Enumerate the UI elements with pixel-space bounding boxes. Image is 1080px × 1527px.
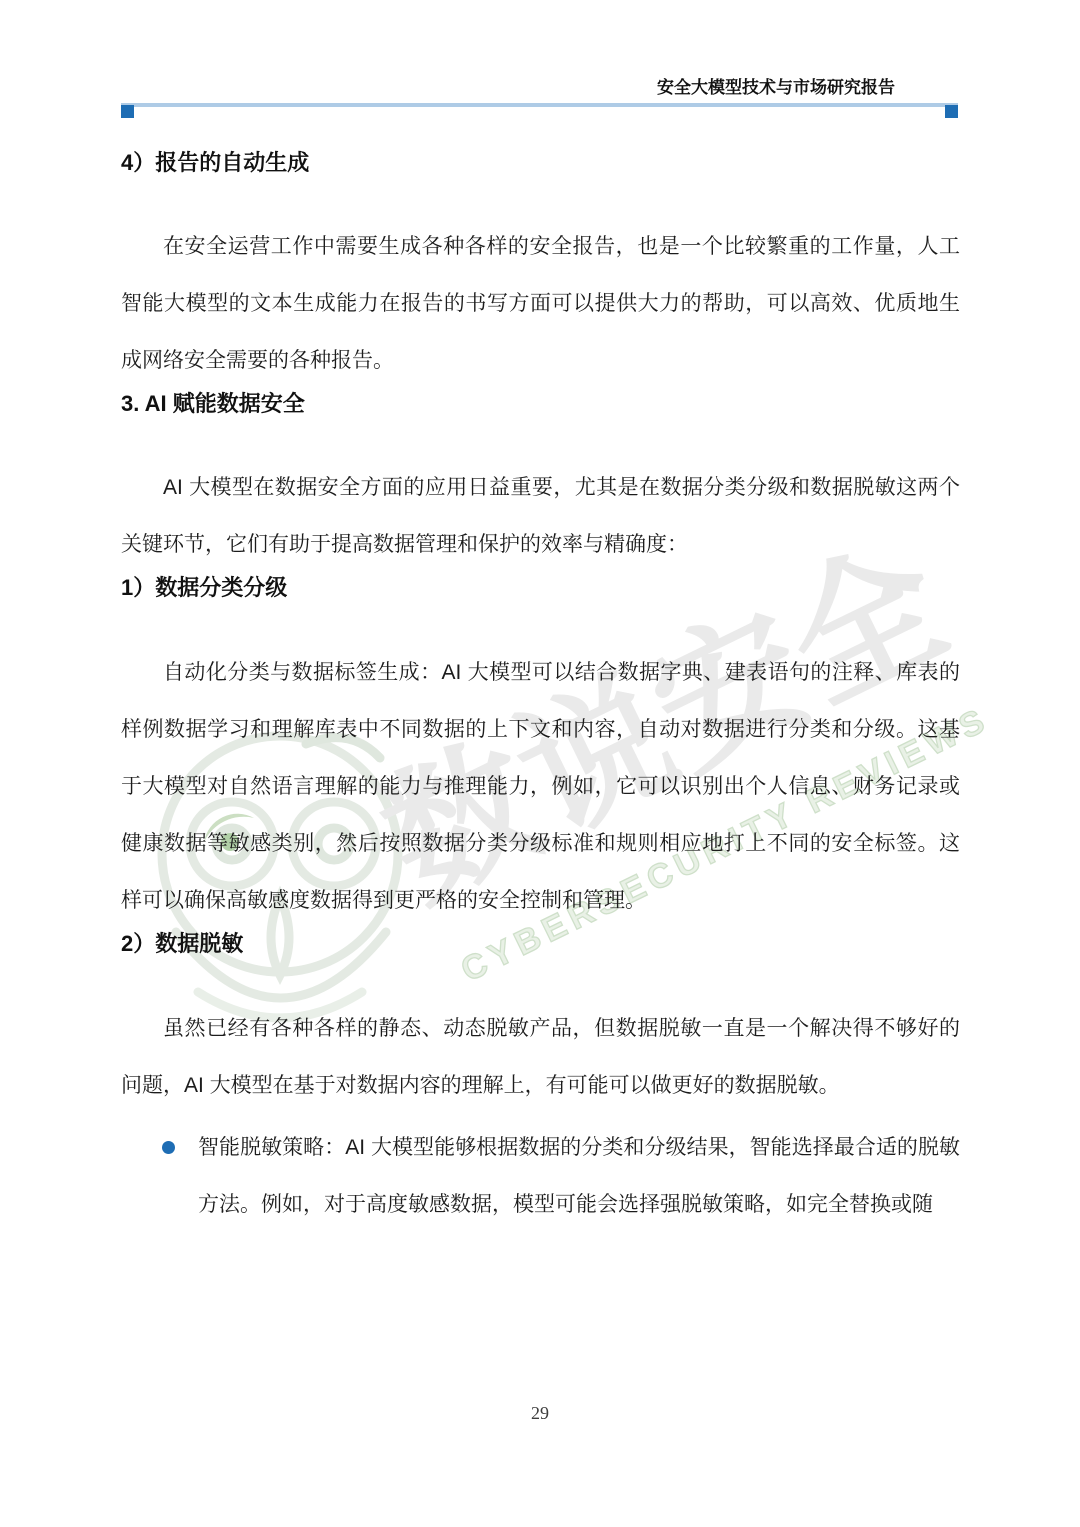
heading-data-classification: 1）数据分类分级 xyxy=(121,573,960,603)
paragraph-data-masking: 虽然已经有各种各样的静态、动态脱敏产品，但数据脱敏一直是一个解决得不够好的问题，… xyxy=(121,1000,960,1114)
page-footer: 29 xyxy=(0,1403,1080,1424)
heading-ai-data-security: 3. AI 赋能数据安全 xyxy=(121,389,960,419)
list-item-smart-masking-strategy: 智能脱敏策略：AI 大模型能够根据数据的分类和分级结果，智能选择最合适的脱敏方法… xyxy=(121,1119,960,1233)
paragraph-data-classification: 自动化分类与数据标签生成：AI 大模型可以结合数据字典、建表语句的注释、库表的样… xyxy=(121,644,960,929)
paragraph-report-auto-generation: 在安全运营工作中需要生成各种各样的安全报告，也是一个比较繁重的工作量，人工智能大… xyxy=(121,218,960,389)
document-body: 4）报告的自动生成 在安全运营工作中需要生成各种各样的安全报告，也是一个比较繁重… xyxy=(121,148,960,1233)
list-item-text: 智能脱敏策略：AI 大模型能够根据数据的分类和分级结果，智能选择最合适的脱敏方法… xyxy=(198,1136,960,1216)
heading-report-auto-generation: 4）报告的自动生成 xyxy=(121,148,960,178)
document-page: 数说安全 CYBERSECURITY REVIEWS 安全大模型技术与市场研究报… xyxy=(0,0,1080,1527)
paragraph-ai-data-security: AI 大模型在数据安全方面的应用日益重要，尤其是在数据分类分级和数据脱敏这两个关… xyxy=(121,459,960,573)
header-title: 安全大模型技术与市场研究报告 xyxy=(657,77,895,99)
page-number: 29 xyxy=(531,1403,549,1423)
header-rule-right-square xyxy=(945,105,958,118)
header-rule xyxy=(121,103,958,107)
heading-data-masking: 2）数据脱敏 xyxy=(121,929,960,959)
header-rule-left-square xyxy=(121,105,134,118)
bullet-icon xyxy=(162,1141,175,1154)
